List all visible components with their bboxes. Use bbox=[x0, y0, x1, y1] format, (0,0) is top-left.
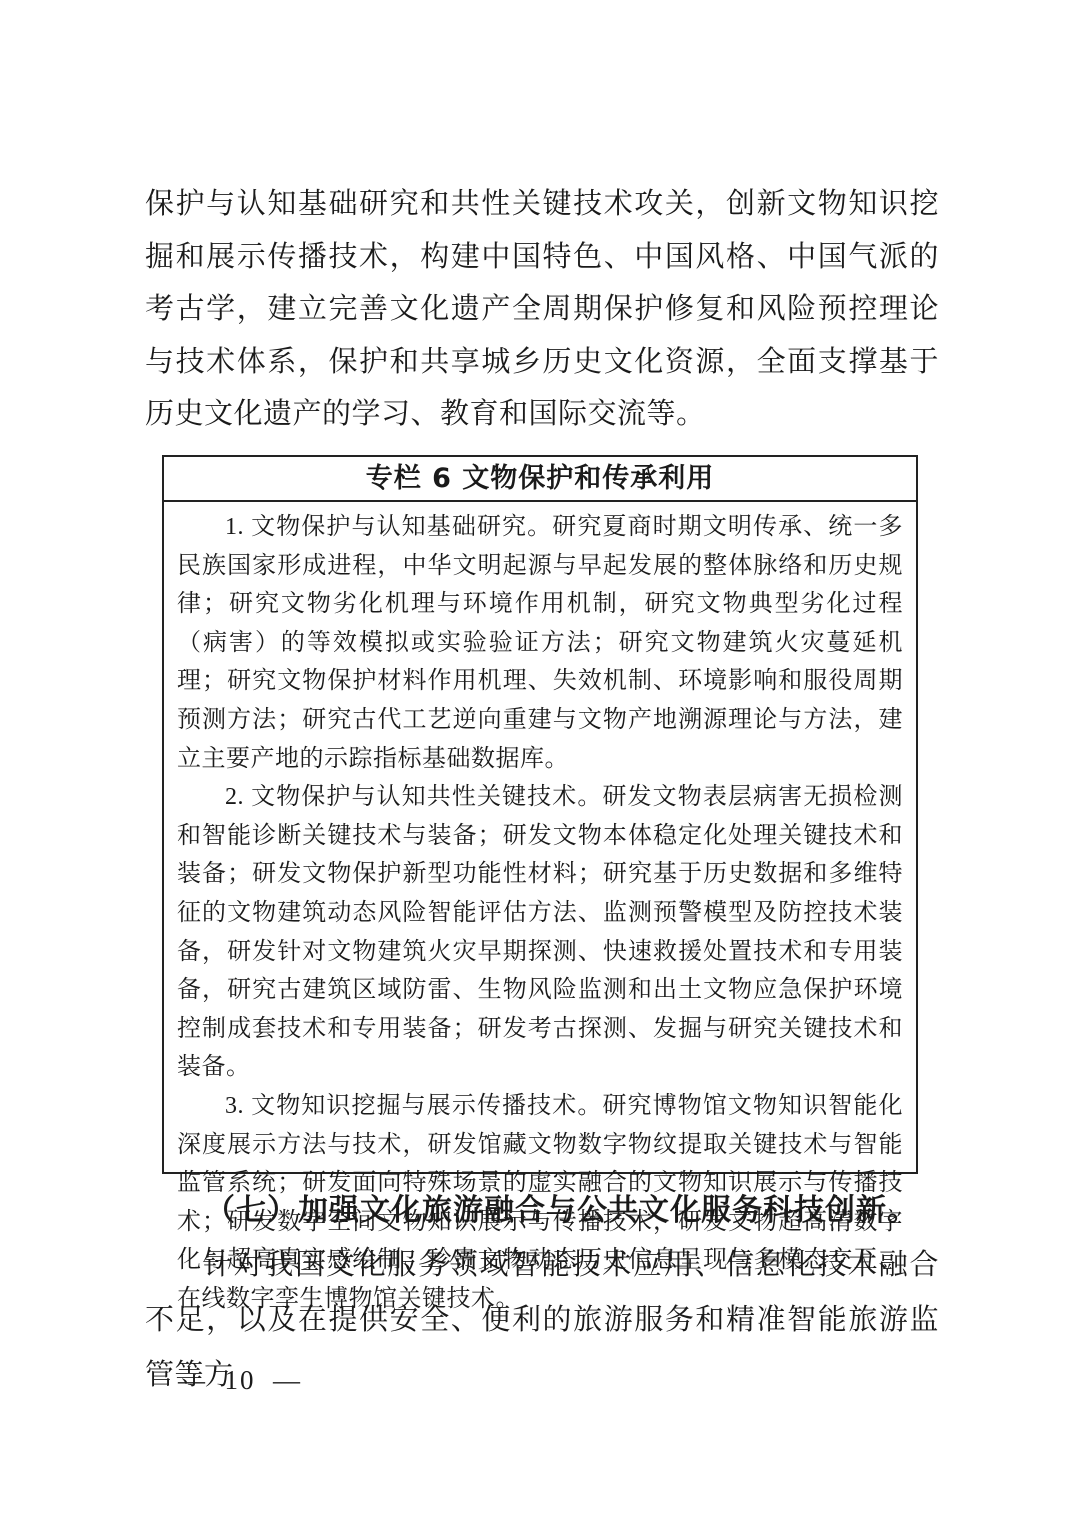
section-heading-seven: （七）加强文化旅游融合与公共文化服务科技创新。 bbox=[145, 1185, 939, 1229]
intro-paragraph: 保护与认知基础研究和共性关键技术攻关，创新文物知识挖掘和展示传播技术，构建中国特… bbox=[145, 178, 939, 441]
column-6-box-title: 专栏 6 文物保护和传承利用 bbox=[164, 457, 916, 502]
column-6-box: 专栏 6 文物保护和传承利用 1. 文物保护与认知基础研究。研究夏商时期文明传承… bbox=[162, 455, 918, 1174]
box-item-2: 2. 文物保护与认知共性关键技术。研发文物表层病害无损检测和智能诊断关键技术与装… bbox=[177, 778, 903, 1087]
document-page: 保护与认知基础研究和共性关键技术攻关，创新文物知识挖掘和展示传播技术，构建中国特… bbox=[0, 0, 1080, 1526]
page-number: — 10 — bbox=[178, 1365, 302, 1396]
box-item-1: 1. 文物保护与认知基础研究。研究夏商时期文明传承、统一多民族国家形成进程，中华… bbox=[177, 508, 903, 778]
